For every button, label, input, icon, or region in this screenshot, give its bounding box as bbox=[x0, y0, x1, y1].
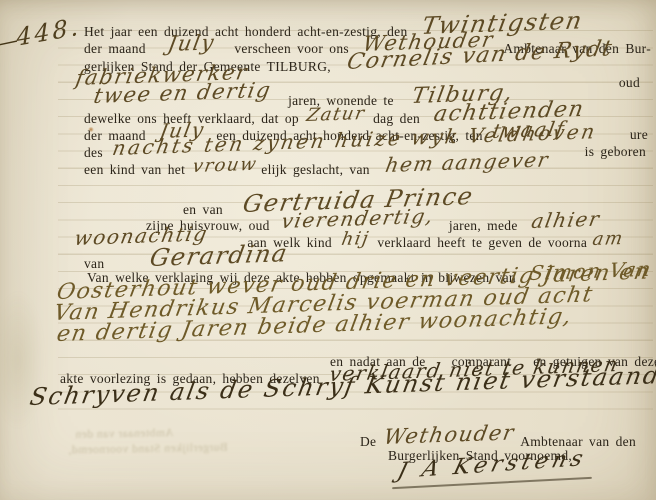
printed-text: een kind van het bbox=[84, 162, 185, 177]
body-line-17: en dertig Jaren beide alhier woonachtig, bbox=[55, 326, 567, 348]
body-line-7-right: ure bbox=[630, 126, 648, 144]
printed-text: verklaard heeft te geven de voorna bbox=[377, 235, 587, 250]
handwritten-resident: alhier bbox=[530, 209, 602, 231]
body-line-9: een kind van het vrouw elijk geslacht, v… bbox=[84, 157, 546, 179]
body-line-4-right: oud bbox=[619, 74, 640, 92]
bleed-through-text: Burgerlijken Stand voornoemd, bbox=[68, 442, 228, 457]
handwritten-mother-age: vierendertig, bbox=[280, 206, 436, 231]
act-number-container: 448. bbox=[16, 18, 81, 46]
printed-text: oud bbox=[619, 75, 640, 90]
printed-text: De bbox=[360, 434, 376, 449]
printed-text: elijk geslacht, van bbox=[261, 162, 370, 177]
handwritten-weekday: Zatur bbox=[305, 105, 367, 125]
handwritten-official-title: Wethouder bbox=[382, 422, 516, 448]
handwritten-declarant: hem aangever bbox=[384, 149, 551, 175]
printed-text: ure bbox=[630, 127, 648, 142]
scanned-birth-certificate: — 448. Het jaar een duizend acht honderd… bbox=[0, 0, 656, 500]
act-number: 448. bbox=[16, 12, 81, 52]
handwritten-father-age: twee en dertig bbox=[92, 80, 273, 107]
handwritten-gender: vrouw bbox=[191, 156, 259, 176]
body-line-20: Schryven als de Schryf Kunst niet versta… bbox=[28, 387, 656, 412]
body-line-8-right: is geboren bbox=[585, 143, 646, 161]
printed-text: is geboren bbox=[585, 144, 646, 159]
handwritten-hij: hij bbox=[340, 230, 371, 249]
bleed-through-text: Ambtenaar van den bbox=[75, 427, 174, 441]
handwritten-month: July bbox=[166, 32, 217, 55]
handwritten-am: am bbox=[591, 230, 625, 249]
